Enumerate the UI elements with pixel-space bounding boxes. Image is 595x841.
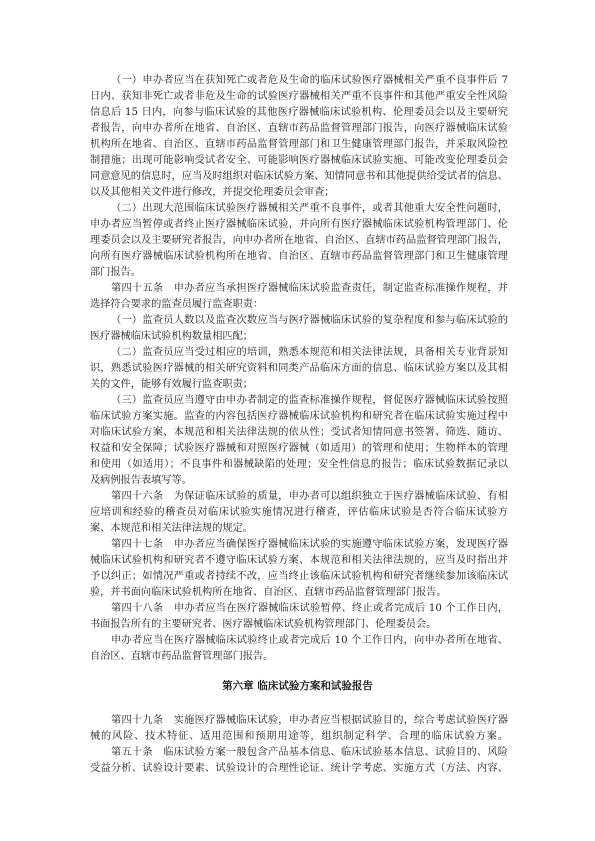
text-line: 及病例报告表填写等。 [90, 473, 508, 488]
text-line: 验，并书面向临床试验机构所在地省、自治区、直辖市药品监督管理部门报告。 [90, 585, 508, 600]
text-line: 书面报告所有的主要研究者、医疗器械临床试验机构管理部门、伦理委员会。 [90, 617, 508, 632]
text-line: 理委员会以及主要研究者报告，向申办者所在地省、自治区、直辖市药品监督管理部门报告… [90, 233, 508, 248]
text-line: 日内、获知非死亡或者非危及生命的试验医疗器械相关严重不良事件和其他严重安全性风险 [90, 89, 508, 104]
chapter-heading: 第六章 临床试验方案和试验报告 [0, 679, 595, 694]
text-line: 以及其他相关文件进行修改，并提交伦理委员会审查； [90, 185, 508, 200]
text-line: （二）监查员应当受过相应的培训，熟悉本规范和相关法律法规，具备相关专业背景知 [111, 345, 508, 360]
text-line: 第四十九条 实施医疗器械临床试验，申办者应当根据试验目的，综合考虑试验医疗器 [111, 713, 508, 728]
text-line: 自治区、直辖市药品监督管理部门报告。 [90, 649, 508, 664]
text-line: 选择符合要求的监查员履行监查职责： [90, 297, 508, 312]
text-line: （一）申办者应当在获知死亡或者危及生命的临床试验医疗器械相关严重不良事件后 7 [111, 73, 508, 88]
text-line: 第四十七条 申办者应当确保医疗器械临床试验的实施遵守临床试验方案，发现医疗器 [111, 537, 508, 552]
text-line: 受益分析、试验设计要素、试验设计的合理性论证、统计学考虑、实施方式（方法、内容、 [90, 761, 508, 776]
text-line: 第四十六条 为保证临床试验的质量，申办者可以组织独立于医疗器械临床试验、有相 [111, 489, 508, 504]
text-line: 部门报告。 [90, 265, 508, 280]
text-line: 申办者应当在医疗器械临床试验终止或者完成后 10 个工作日内，向申办者所在地省、 [111, 633, 508, 648]
text-line: 对临床试验方案、本规范和相关法律法规的依从性；受试者知情同意书签署、筛选、随访、 [90, 425, 508, 440]
text-line: （一）监查员人数以及监查次数应当与医疗器械临床试验的复杂程度和参与临床试验的 [111, 313, 508, 328]
text-line: 制措施；出现可能影响受试者安全、可能影响医疗器械临床试验实施、可能改变伦理委员会 [90, 153, 508, 168]
text-line: 向所有医疗器械临床试验机构所在地省、自治区、直辖市药品监督管理部门和卫生健康管理 [90, 249, 508, 264]
text-line: 第四十五条 申办者应当承担医疗器械临床试验监查责任，制定监查标准操作规程，并 [111, 281, 508, 296]
text-line: 同意意见的信息时，应当及时组织对临床试验方案、知情同意书和其他提供给受试者的信息… [90, 169, 508, 184]
text-line: 第四十八条 申办者应当在医疗器械临床试验暂停、终止或者完成后 10 个工作日内， [111, 601, 508, 616]
text-line: 医疗器械临床试验机构数量相匹配； [90, 329, 508, 344]
text-line: 申办者应当暂停或者终止医疗器械临床试验，并向所有医疗器械临床试验机构管理部门、伦 [90, 217, 508, 232]
text-line: 识，熟悉试验医疗器械的相关研究资料和同类产品临床方面的信息、临床试验方案以及其相 [90, 361, 508, 376]
text-line: 机构所在地省、自治区、直辖市药品监督管理部门和卫生健康管理部门报告，并采取风险控 [90, 137, 508, 152]
text-line: 和使用（如适用）；不良事件和器械缺陷的处理；安全性信息的报告；临床试验数据记录以 [90, 457, 508, 472]
text-line: 械临床试验机构和研究者不遵守临床试验方案、本规范和相关法律法规的，应当及时指出并 [90, 553, 508, 568]
text-line: 予以纠正；如情况严重或者持续不改，应当终止该临床试验机构和研究者继续参加该临床试 [90, 569, 508, 584]
text-line: 第五十条 临床试验方案一般包含产品基本信息、临床试验基本信息、试验目的、风险 [111, 745, 508, 760]
text-line: 权益和安全保障；试验医疗器械和对照医疗器械（如适用）的管理和使用；生物样本的管理 [90, 441, 508, 456]
text-line: 信息后 15 日内，向参与临床试验的其他医疗器械临床试验机构、伦理委员会以及主要… [90, 105, 508, 120]
text-line: 械的风险、技术特征、适用范围和预期用途等，组织制定科学、合理的临床试验方案。 [90, 729, 508, 744]
text-line: 者报告，向申办者所在地省、自治区、直辖市药品监督管理部门报告，向医疗器械临床试验 [90, 121, 508, 136]
text-line: 临床试验方案实施。监查的内容包括医疗器械临床试验机构和研究者在临床试验实施过程中 [90, 409, 508, 424]
text-line: （三）监查员应当遵守由申办者制定的监查标准操作规程，督促医疗器械临床试验按照 [111, 393, 508, 408]
text-line: （二）出现大范围临床试验医疗器械相关严重不良事件，或者其他重大安全性问题时， [111, 201, 508, 216]
text-line: 应培训和经验的稽查员对临床试验实施情况进行稽查，评估临床试验是否符合临床试验方 [90, 505, 508, 520]
text-line: 案、本规范和相关法律法规的规定。 [90, 521, 508, 536]
document-page: （一）申办者应当在获知死亡或者危及生命的临床试验医疗器械相关严重不良事件后 7日… [0, 0, 595, 841]
text-line: 关的文件，能够有效履行监查职责； [90, 377, 508, 392]
